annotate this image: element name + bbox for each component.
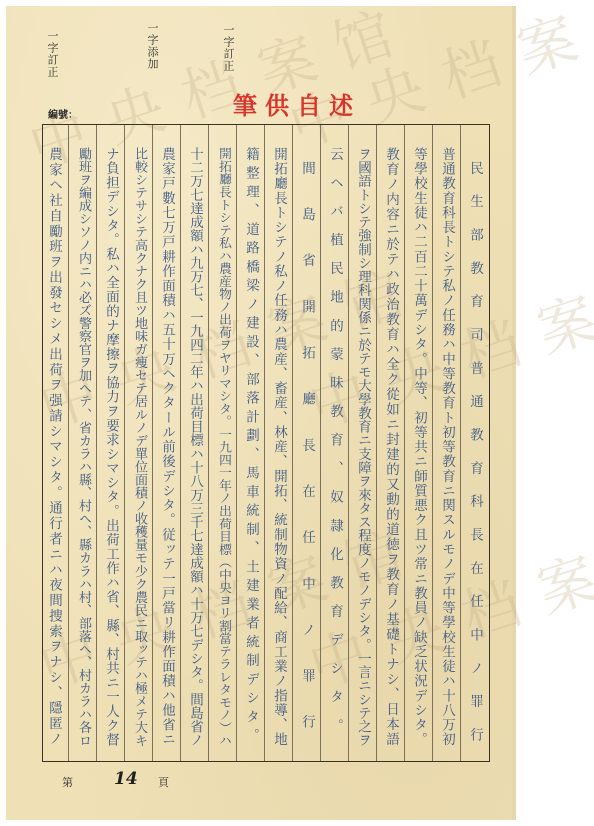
handwritten-line: 云ヘバ植民地的蒙昧教育、奴隷化教育デシタ。 bbox=[323, 147, 347, 747]
punch-hole bbox=[544, 166, 556, 178]
punch-hole bbox=[544, 325, 556, 337]
manuscript-column: 勵班ヲ編成シソノ内ニハ必ズ警察官ヲ加ヘテ、省カラハ縣、村ヘ、縣カラハ村、部落ヘ、… bbox=[68, 125, 96, 761]
page-edge bbox=[512, 6, 516, 820]
page-prefix: 第 bbox=[62, 776, 73, 789]
handwritten-line: 農家ヘ社自勵班ヲ出發セシメ出荷ヲ强請シマシタ。通行者ニハ夜間捜索ヲナシ、隱匿ノ bbox=[42, 147, 66, 747]
manuscript-column: 農家ヘ社自勵班ヲ出發セシメ出荷ヲ强請シマシタ。通行者ニハ夜間捜索ヲナシ、隱匿ノ bbox=[40, 125, 68, 761]
handwritten-line: 比較シテサシテ高クナク且ツ地味ガ痩セテ居ルノデ單位面積ノ收穫量モ少ク農民ニ取ッテ… bbox=[127, 147, 151, 747]
manuscript-column: 間島省開拓廳長在任中ノ罪行 bbox=[292, 125, 320, 761]
handwritten-line: 開拓廳長トシテノ私ノ任務ハ農産、畜産、林産、開拓、統制物資ノ配給、商工業ノ指導、… bbox=[267, 147, 291, 747]
punch-hole bbox=[544, 482, 556, 494]
manuscript-column: 教育ノ内容ニ於テハ政治教育ハ全ク從如ニ封建的又動的道徳ヲ教育ノ基礎トナシ、日本語 bbox=[376, 125, 404, 761]
handwritten-line: ヲ國語トシテ強制シ理科関係ニ於テモ大學教育ニ支障ヲ來タス程度ノモノデシタ。一言ニ… bbox=[351, 147, 375, 747]
manuscript-column: 十二万七達成額ハ九万七、一九四二年ハ出荷目標ハ十八万三千七達成額ハ十万七デシタ。… bbox=[180, 125, 208, 761]
handwritten-line: 普通教育科長トシテ私ノ任務ハ中等教育ト初等教育ニ関スルモノデ中等學校生徒ハ十八万… bbox=[435, 147, 459, 747]
handwritten-line: 農家戸數七万戸耕作面積ハ五十万ヘクタール前後デシタ。従ッテ一戸當リ耕作面積ハ他省… bbox=[155, 147, 179, 747]
manuscript-column: ヲ國語トシテ強制シ理科関係ニ於テモ大學教育ニ支障ヲ來タス程度ノモノデシタ。一言ニ… bbox=[348, 125, 376, 761]
manuscript-column: 開拓廳長トシテノ私ノ任務ハ農産、畜産、林産、開拓、統制物資ノ配給、商工業ノ指導、… bbox=[264, 125, 292, 761]
manuscript-column: ナ負担デシタ。私ハ全面的ナ摩擦ヲ協力ヲ要求シマシタ。出荷工作ハ省、縣、村共ニ一人… bbox=[96, 125, 124, 761]
handwritten-line: 開拓廳長トシテ私ハ農産物ノ出荷ヲヤリマシタ。一九四一年ノ出荷目標（中央ヨリ割當テ… bbox=[211, 147, 235, 747]
document-title: 筆供自述 bbox=[0, 86, 594, 121]
manuscript-column: 云ヘバ植民地的蒙昧教育、奴隷化教育デシタ。 bbox=[320, 125, 348, 761]
handwritten-line: 籍整理、道路橋梁ノ建設、部落計劃、馬車統制、土建業者統制デシタ。 bbox=[239, 147, 263, 747]
page-footer: 第 14 頁 bbox=[62, 774, 73, 790]
manuscript-column: 等學校生徒ハ二百二十萬デシタ。中等、初等共ニ師質悪ク且ツ常ニ教員ノ缺乏状況デシタ… bbox=[404, 125, 432, 761]
handwritten-line: 勵班ヲ編成シソノ内ニハ必ズ警察官ヲ加ヘテ、省カラハ縣、村ヘ、縣カラハ村、部落ヘ、… bbox=[71, 147, 95, 747]
handwritten-line: 間島省開拓廳長在任中ノ罪行 bbox=[295, 161, 319, 761]
page-number: 14 bbox=[114, 769, 138, 789]
handwritten-line: 等學校生徒ハ二百二十萬デシタ。中等、初等共ニ師質悪ク且ツ常ニ教員ノ缺乏状況デシタ… bbox=[407, 147, 431, 747]
edit-note: 一字訂正 bbox=[220, 24, 236, 72]
page-suffix: 頁 bbox=[158, 774, 169, 790]
manuscript-column: 農家戸數七万戸耕作面積ハ五十万ヘクタール前後デシタ。従ッテ一戸當リ耕作面積ハ他省… bbox=[152, 125, 180, 761]
handwritten-line: ナ負担デシタ。私ハ全面的ナ摩擦ヲ協力ヲ要求シマシタ。出荷工作ハ省、縣、村共ニ一人… bbox=[99, 147, 123, 747]
handwritten-line: 十二万七達成額ハ九万七、一九四二年ハ出荷目標ハ十八万三千七達成額ハ十万七デシタ。… bbox=[183, 147, 207, 747]
manuscript-column: 開拓廳長トシテ私ハ農産物ノ出荷ヲヤリマシタ。一九四一年ノ出荷目標（中央ヨリ割當テ… bbox=[208, 125, 236, 761]
edit-note: 一字訂正 bbox=[44, 30, 60, 78]
manuscript-grid: 民生部教育司普通教育科長在任中ノ罪行普通教育科長トシテ私ノ任務ハ中等教育ト初等教… bbox=[42, 124, 490, 762]
handwritten-line: 民生部教育司普通教育科長在任中ノ罪行 bbox=[463, 161, 487, 761]
file-number-label: 編號： bbox=[48, 106, 78, 121]
manuscript-column: 比較シテサシテ高クナク且ツ地味ガ痩セテ居ルノデ單位面積ノ收穫量モ少ク農民ニ取ッテ… bbox=[124, 125, 152, 761]
manuscript-column: 民生部教育司普通教育科長在任中ノ罪行 bbox=[460, 125, 488, 761]
manuscript-column: 普通教育科長トシテ私ノ任務ハ中等教育ト初等教育ニ関スルモノデ中等學校生徒ハ十八万… bbox=[432, 125, 460, 761]
manuscript-column: 籍整理、道路橋梁ノ建設、部落計劃、馬車統制、土建業者統制デシタ。 bbox=[236, 125, 264, 761]
handwritten-line: 教育ノ内容ニ於テハ政治教育ハ全ク從如ニ封建的又動的道徳ヲ教育ノ基礎トナシ、日本語 bbox=[379, 147, 403, 747]
edit-note: 一字添加 bbox=[144, 22, 160, 70]
